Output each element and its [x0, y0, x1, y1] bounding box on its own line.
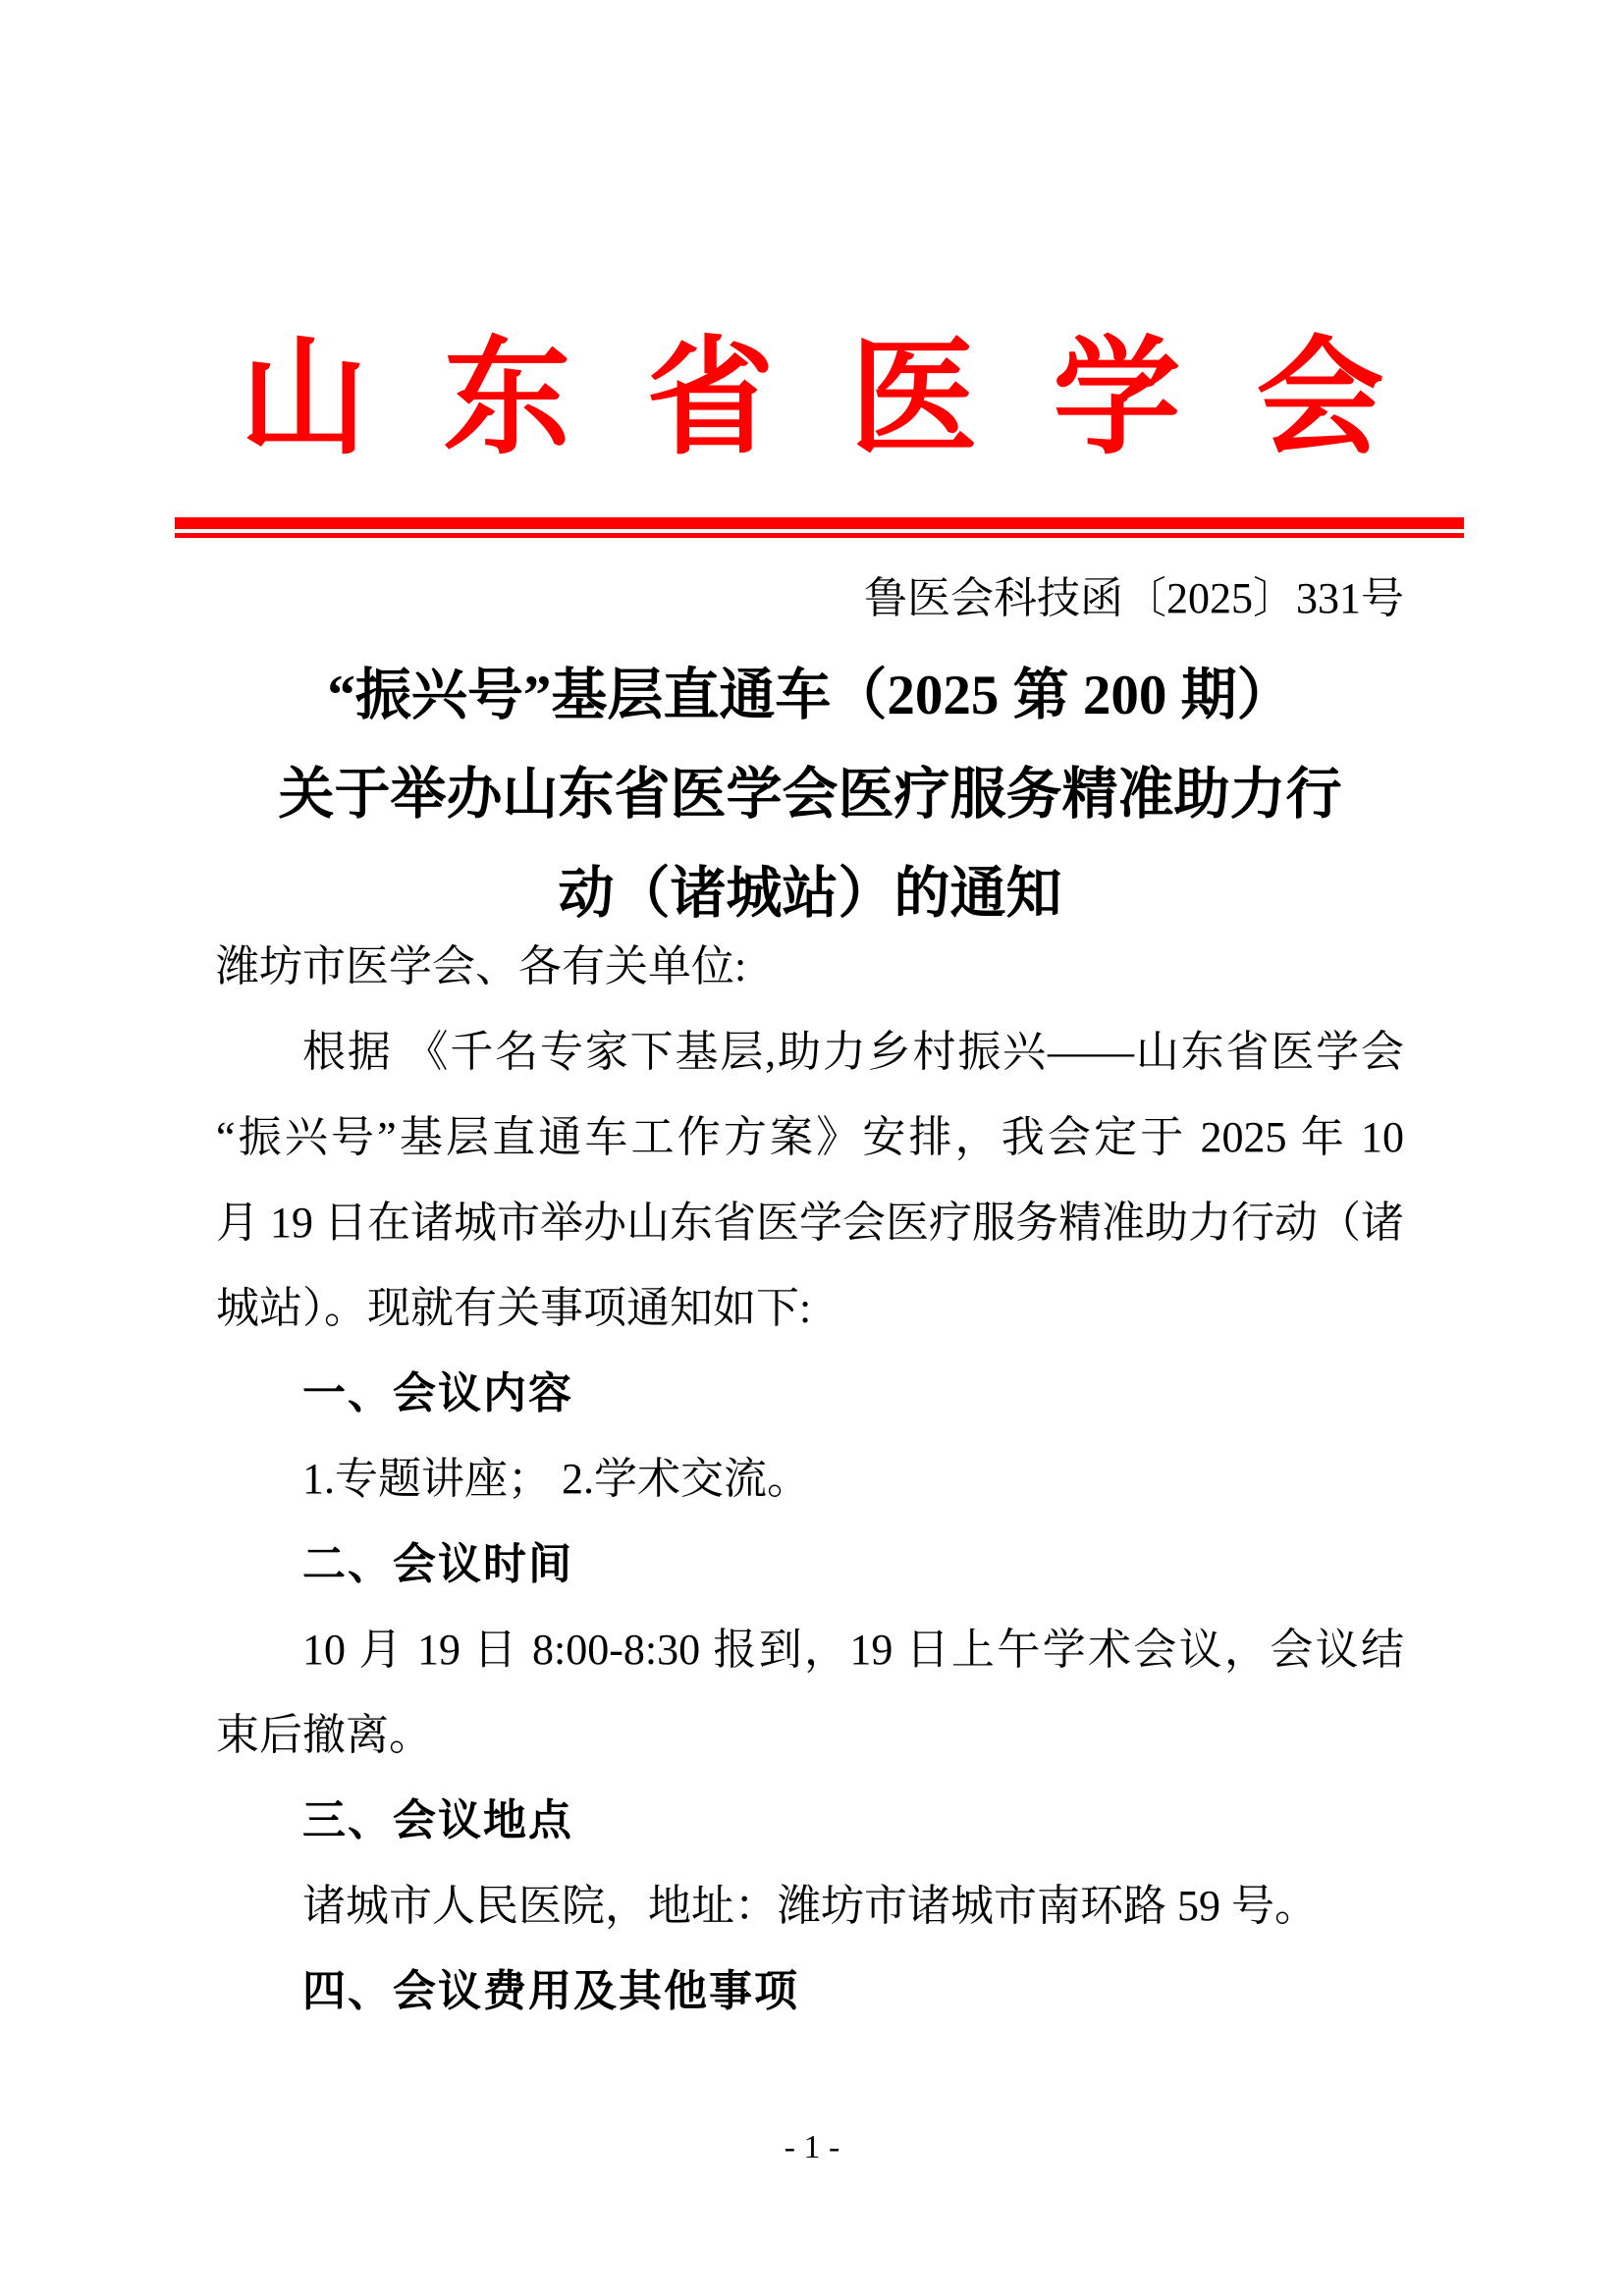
header-divider-line	[175, 517, 1464, 538]
paragraph-line: 城站）。现就有关事项通知如下:	[216, 1265, 1404, 1351]
section-heading-4: 四、会议费用及其他事项	[216, 1949, 1404, 2034]
section-content-line: 诸城市人民医院，地址：潍坊市诸城市南环路 59 号。	[216, 1863, 1404, 1949]
section-content-line: 束后撤离。	[216, 1692, 1404, 1778]
section-heading-3: 三、会议地点	[216, 1778, 1404, 1863]
section-content-line: 1.专题讲座； 2.学术交流。	[216, 1436, 1404, 1522]
document-reference-number: 鲁医会科技函〔2025〕331号	[216, 573, 1404, 624]
header-divider-thin-bar	[175, 533, 1464, 538]
document-title-line-2: 关于举办山东省医学会医疗服务精准助力行	[216, 745, 1404, 844]
section-content-line: 10 月 19 日 8:00-8:30 报到，19 日上午学术会议，会议结	[216, 1607, 1404, 1692]
salutation-line: 潍坊市医学会、各有关单位:	[216, 924, 1404, 1009]
header-divider-thick-bar	[175, 517, 1464, 529]
paragraph-line: 根据 《千名专家下基层,助力乡村振兴——山东省医学会	[216, 1009, 1404, 1095]
page-number: - 1 -	[0, 2128, 1624, 2167]
document-page: 山东省医学会 鲁医会科技函〔2025〕331号 “振兴号”基层直通车（2025 …	[0, 0, 1624, 2296]
paragraph-line: 月 19 日在诸城市举办山东省医学会医疗服务精准助力行动（诸	[216, 1180, 1404, 1265]
section-heading-1: 一、会议内容	[216, 1351, 1404, 1436]
paragraph-line: “振兴号”基层直通车工作方案》安排，我会定于 2025 年 10	[216, 1095, 1404, 1180]
document-title: “振兴号”基层直通车（2025 第 200 期） 关于举办山东省医学会医疗服务精…	[216, 646, 1404, 943]
organization-banner-title: 山东省医学会	[0, 330, 1624, 470]
section-heading-2: 二、会议时间	[216, 1522, 1404, 1607]
document-title-line-1: “振兴号”基层直通车（2025 第 200 期）	[216, 646, 1404, 745]
document-body: 潍坊市医学会、各有关单位: 根据 《千名专家下基层,助力乡村振兴——山东省医学会…	[216, 924, 1404, 2034]
